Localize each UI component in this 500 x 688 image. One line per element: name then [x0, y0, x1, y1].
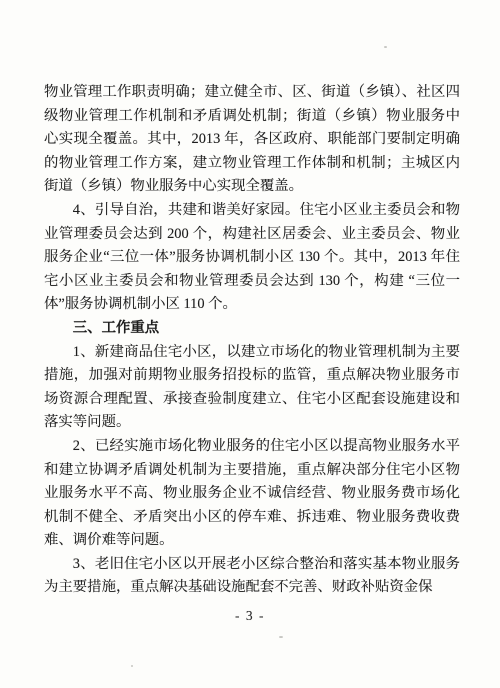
section-heading: 三、工作重点 — [44, 317, 460, 341]
paragraph: 3、老旧住宅小区以开展老小区综合整治和落实基本物业服务为主要措施，重点解决基础设… — [44, 553, 460, 600]
scan-speck — [384, 46, 387, 48]
paragraph: 物业管理工作职责明确；建立健全市、区、街道（乡镇）、社区四级物业管理工作机制和矛… — [44, 81, 460, 199]
paragraph: 4、引导自治，共建和谐美好家园。住宅小区业主委员会和物业管理委员会达到 200 … — [44, 199, 460, 317]
page-number: - 3 - — [0, 608, 500, 624]
scan-speck — [131, 665, 133, 667]
paragraph: 1、新建商品住宅小区，以建立市场化的物业管理机制为主要措施，加强对前期物业服务招… — [44, 341, 460, 435]
scan-speck — [279, 636, 283, 638]
document-page: 物业管理工作职责明确；建立健全市、区、街道（乡镇）、社区四级物业管理工作机制和矛… — [0, 0, 500, 688]
paragraph: 2、已经实施市场化物业服务的住宅小区以提高物业服务水平和建立协调矛盾调处机制为主… — [44, 435, 460, 553]
text-block: 物业管理工作职责明确；建立健全市、区、街道（乡镇）、社区四级物业管理工作机制和矛… — [44, 81, 460, 600]
